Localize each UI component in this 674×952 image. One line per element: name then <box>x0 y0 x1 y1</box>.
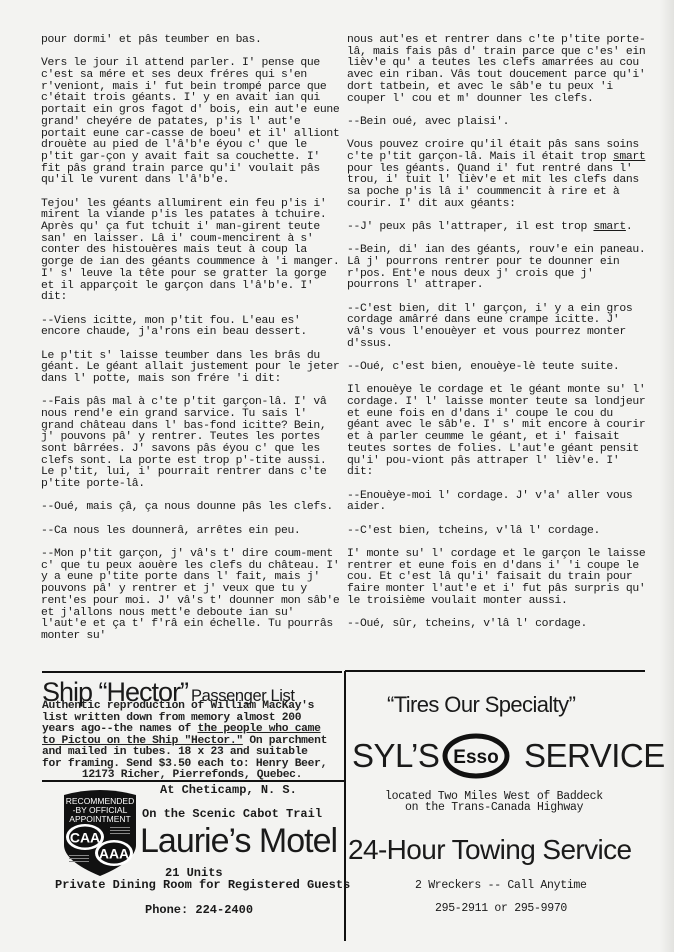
motel-dining: Private Dining Room for Registered Guest… <box>55 878 350 892</box>
paragraph: Le p'tit s' laisse teumber dans les brâs… <box>41 351 341 386</box>
paragraph: --C'est bien, dit l' garçon, i' y a ein … <box>347 304 647 351</box>
motel-location: At Cheticamp, N. S. <box>160 783 297 797</box>
paragraph: --Bein, di' ian des géants, rouv'e ein p… <box>347 245 647 292</box>
esso-slogan: “Tires Our Specialty” <box>387 692 575 718</box>
esso-phones: 295-2911 or 295-9970 <box>435 902 567 915</box>
hector-line: Authentic reproduction of William MacKay… <box>42 701 342 713</box>
esso-towing-headline: 24-Hour Towing Service <box>348 834 632 866</box>
svg-text:APPOINTMENT: APPOINTMENT <box>69 814 130 824</box>
motel-trail: On the Scenic Cabot Trail <box>142 807 322 821</box>
svg-text:AAA: AAA <box>99 846 129 862</box>
article-left-column: pour dormi' et pâs teumber en bas. Vers … <box>41 35 341 654</box>
paragraph: nous aut'es et rentrer dans c'te p'tite … <box>347 35 647 105</box>
paragraph: --Mon p'tit garçon, j' vâ's t' dire coum… <box>41 549 341 643</box>
paragraph: --Enouèye-moi l' cordage. J' v'a' aller … <box>347 491 647 514</box>
divider-vertical <box>344 671 346 941</box>
paragraph: pour dormi' et pâs teumber en bas. <box>41 35 341 47</box>
divider-right <box>345 670 645 672</box>
hector-underlined-text: to Pictou on the Ship "Hector." <box>42 735 243 747</box>
divider-left <box>42 671 342 673</box>
paragraph: Tejou' les géants allumirent ein feu p'i… <box>41 199 341 304</box>
hector-line: and mailed in tubes. 18 x 23 and suitabl… <box>42 747 342 759</box>
paragraph: --Oué, c'est bien, enouèye-lè teute suit… <box>347 362 647 374</box>
esso-wreckers: 2 Wreckers -- Call Anytime <box>415 879 587 892</box>
paragraph: Vers le jour il attend parler. I' pense … <box>41 58 341 187</box>
svg-text:CAA: CAA <box>70 830 100 846</box>
article-right-column: nous aut'es et rentrer dans c'te p'tite … <box>347 35 647 642</box>
motel-name: Laurie’s Motel <box>140 822 337 861</box>
paragraph: --Ca nous les dounnerâ, arrêtes ein peu. <box>41 526 341 538</box>
paragraph: --C'est bien, tcheins, v'lâ l' cordage. <box>347 526 647 538</box>
hector-underlined-text: the people who came <box>198 723 321 735</box>
paragraph: I' monte su' l' cordage et le garçon le … <box>347 549 647 608</box>
caa-aaa-badge-icon: RECOMMENDED -BY OFFICIAL APPOINTMENT CAA… <box>60 787 140 877</box>
page-edge-shadow <box>660 0 674 952</box>
paragraph: --J' peux pâs l'attraper, il est trop sm… <box>347 222 647 234</box>
esso-name-right: SERVICE <box>524 737 665 775</box>
esso-location-line-2: on the Trans-Canada Highway <box>405 801 583 814</box>
hector-address: 12173 Richer, Pierrefonds, Quebec. <box>42 770 342 782</box>
esso-name-left: SYL’S <box>352 737 439 775</box>
esso-logo-icon: Esso <box>442 733 510 779</box>
paragraph: --Viens icitte, mon p'tit fou. L'eau es'… <box>41 316 341 339</box>
paragraph: --Fais pâs mal à c'te p'tit garçon-lâ. I… <box>41 397 341 491</box>
motel-phone: Phone: 224-2400 <box>145 903 253 917</box>
paragraph: Vous pouvez croire qu'il était pâs sans … <box>347 140 647 210</box>
paragraph: --Oué, sûr, tcheins, v'lâ l' cordage. <box>347 619 647 631</box>
hector-ad-body: Authentic reproduction of William MacKay… <box>42 701 342 782</box>
svg-text:Esso: Esso <box>453 747 498 768</box>
paragraph: --Bein oué, avec plaisi'. <box>347 117 647 129</box>
paragraph: --Oué, mais çâ, ça nous dounne pâs les c… <box>41 502 341 514</box>
paragraph: Il enouèye le cordage et le géant monte … <box>347 385 647 479</box>
